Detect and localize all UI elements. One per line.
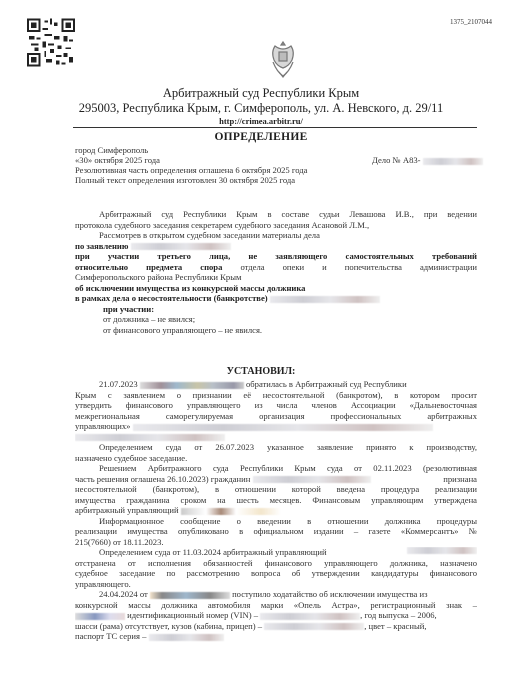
redacted-body-number	[264, 623, 364, 630]
third-party-line: Симферопольского района Республики Крым	[75, 272, 477, 283]
redacted-manager-cont	[75, 434, 225, 441]
third-party-line: относительно предмета спора отдела опеки…	[75, 262, 477, 273]
header-divider	[73, 127, 477, 128]
paragraph-line: Крым с заявлением о признании её несосто…	[75, 390, 477, 401]
paragraph-line: конкурсной массы должника автомобиля мар…	[75, 600, 477, 611]
redacted-name	[140, 382, 244, 389]
paragraph-line: межрегиональная саморегулируемая организ…	[75, 411, 477, 422]
subject-line: об исключении имущества из конкурсной ма…	[75, 283, 477, 294]
city: город Симферополь	[75, 145, 148, 155]
paragraph-text: управляющих»	[75, 421, 130, 431]
redacted-debtor	[270, 296, 380, 303]
paragraph-line: управляющих»	[75, 421, 477, 432]
intro-line: Рассмотрев в открытом судебном заседании…	[75, 230, 477, 241]
paragraph-line: реализации имущества опубликовано в офиц…	[75, 526, 477, 537]
on-application-label: по заявлению	[75, 241, 128, 251]
case-number-prefix: Дело № А83-	[372, 155, 421, 165]
paragraph-text: поступило ходатайство об исключении имущ…	[232, 589, 427, 599]
intro-section: Арбитражный суд Республики Крым в состав…	[75, 209, 477, 335]
subject-line: в рамках дела о несостоятельности (банкр…	[75, 293, 477, 304]
paragraph-line: судебное заседание по рассмотрению вопро…	[75, 568, 477, 579]
paragraph-line: 215(7660) от 18.11.2023.	[75, 537, 477, 548]
paragraph-line: шасси (рама) отсутствует, кузов (кабина,…	[75, 621, 477, 632]
redacted-passport	[149, 634, 224, 641]
paragraph-line: 21.07.2023 обратилась в Арбитражный суд …	[75, 379, 477, 390]
paragraph-line: часть решения оглашена 26.10.2023) гражд…	[75, 474, 477, 485]
established-section: 21.07.2023 обратилась в Арбитражный суд …	[75, 379, 477, 642]
court-url-link[interactable]: http://crimea.arbitr.ru/	[0, 116, 522, 126]
full-text-prepared: Полный текст определения изготовлен 30 о…	[75, 175, 295, 185]
intro-line: протокола судебного заседания секретарем…	[75, 220, 477, 231]
paragraph-text: Определением суда от 11.03.2024 арбитраж…	[99, 547, 327, 557]
paragraph-line: утвердить финансового управляющего из чи…	[75, 400, 477, 411]
paragraph-line: Определением суда от 11.03.2024 арбитраж…	[75, 547, 477, 558]
redacted-applicant	[131, 243, 231, 250]
paragraph-line: отстранена от исполнения обязанностей фи…	[75, 558, 477, 569]
paragraph-text: шасси (рама) отсутствует, кузов (кабина,…	[75, 621, 262, 631]
paragraph-line: арбитражный управляющий	[75, 505, 477, 516]
paragraph-line: имущества гражданина сроком на шесть мес…	[75, 495, 477, 506]
redacted-case-number	[423, 158, 483, 165]
applicant-line: по заявлению	[75, 241, 477, 252]
redacted-name	[150, 592, 230, 599]
document-title: ОПРЕДЕЛЕНИЕ	[0, 131, 522, 143]
case-number: Дело № А83-	[372, 155, 483, 165]
third-party-rest: отдела опеки и попечительства администра…	[222, 262, 477, 272]
paragraph-text: паспорт ТС серия –	[75, 631, 146, 641]
qr-code-icon	[27, 15, 75, 70]
paragraph-line: несостоятельной (банкротом), в отношении…	[75, 484, 477, 495]
participation-item: от должника – не явился;	[75, 314, 477, 325]
paragraph-line: назначено судебное заседание.	[75, 453, 477, 464]
intro-line: Арбитражный суд Республики Крым в состав…	[75, 209, 477, 220]
third-party-line: при участии третьего лица, не заявляющег…	[75, 251, 477, 262]
paragraph-text: часть решения оглашена 26.10.2023) гражд…	[75, 474, 250, 484]
established-title: УСТАНОВИЛ:	[0, 366, 522, 377]
coat-of-arms-icon	[267, 38, 299, 80]
paragraph-text: , цвет – красный,	[364, 621, 426, 631]
third-party-bold: относительно предмета спора	[75, 262, 222, 272]
redacted-manager	[407, 547, 477, 554]
paragraph-text: идентификационный номер (VIN) –	[127, 610, 258, 620]
document-id: 1375_2107044	[450, 18, 492, 26]
date-text: 21.07.2023	[99, 379, 138, 389]
participation-item: от финансового управляющего – не явился.	[75, 325, 477, 336]
redacted-manager	[181, 508, 281, 515]
redacted-name	[253, 476, 371, 483]
court-document-page: 1375_2107044 Арбитражный суд Республики …	[0, 0, 522, 696]
paragraph-text: обратилась в Арбитражный суд Республики	[246, 379, 407, 389]
paragraph-line	[75, 432, 477, 443]
paragraph-line: Информационное сообщение о введении в от…	[75, 516, 477, 527]
decision-date: «30» октября 2025 года	[75, 155, 160, 165]
redacted-vin	[260, 613, 360, 620]
paragraph-text: признана	[443, 474, 477, 485]
resolution-announced: Резолютивная часть определения оглашена …	[75, 165, 307, 175]
paragraph-text: арбитражный управляющий	[75, 505, 179, 515]
paragraph-line: паспорт ТС серия –	[75, 631, 477, 642]
paragraph-line: 24.04.2024 от поступило ходатайство об и…	[75, 589, 477, 600]
paragraph-line: управляющего.	[75, 579, 477, 590]
redacted-plate	[75, 613, 125, 620]
court-address: 295003, Республика Крым, г. Симферополь,…	[0, 101, 522, 116]
subject-bold: в рамках дела о несостоятельности (банкр…	[75, 293, 268, 303]
court-name: Арбитражный суд Республики Крым	[0, 86, 522, 101]
redacted-manager	[133, 424, 433, 431]
paragraph-text: 24.04.2024 от	[99, 589, 148, 599]
paragraph-line: идентификационный номер (VIN) – , год вы…	[75, 610, 477, 621]
paragraph-text: , год выпуска – 2006,	[360, 610, 437, 620]
paragraph-line: Определением суда от 26.07.2023 указанно…	[75, 442, 477, 453]
paragraph-line: Решением Арбитражного суда Республики Кр…	[75, 463, 477, 474]
participation-label: при участии:	[75, 304, 477, 315]
